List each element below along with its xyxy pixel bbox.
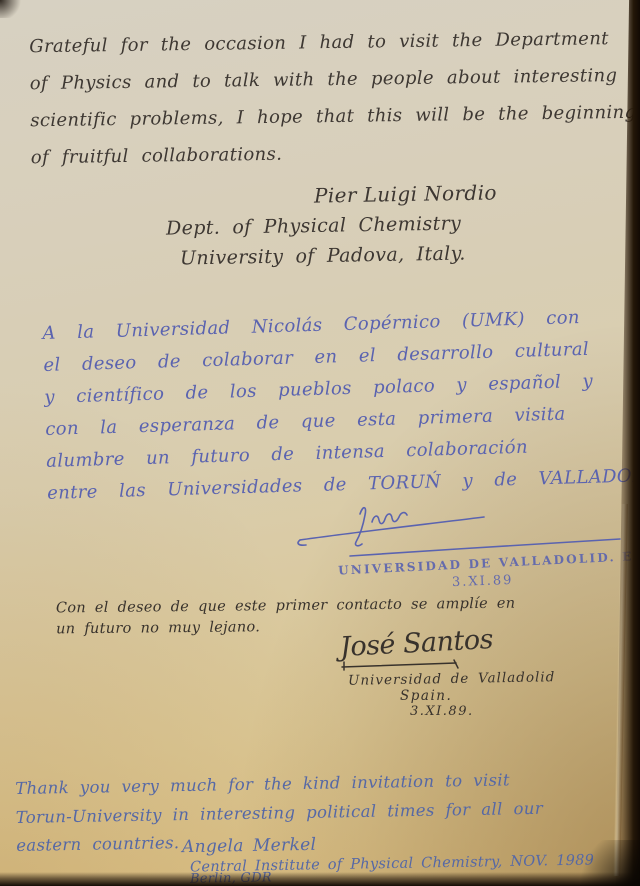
entry-valladolid2-date: 3.XI.89. [410,704,474,719]
signature-angela-merkel: Angela Merkel [182,835,317,857]
entry-valladolid-text: A la Universidad Nicolás Copérnico (UMK)… [42,300,640,510]
entry-padova-affiliation-university: University of Padova, Italy. [180,243,466,270]
entry-valladolid2-affiliation: Universidad de Valladolid [348,669,556,689]
entry-valladolid2-country: Spain. [400,688,452,704]
entry-padova-text: Grateful for the occasion I had to visit… [29,20,637,176]
entry-padova-line-4: of fruitful collaborations. [31,131,638,176]
entry-padova-affiliation-dept: Dept. of Physical Chemistry [166,212,462,239]
photo-corner-shadow-top-left [0,0,24,18]
signature-pier-luigi-nordio: Pier Luigi Nordio [314,180,497,207]
photo-corner-shadow-bottom-right [570,840,640,886]
guestbook-page-photo: Grateful for the occasion I had to visit… [0,0,640,886]
signature-underline [338,658,468,672]
entry-valladolid-date: 3.XI.89 [452,573,514,590]
book-bottom-edge-shadow [0,872,640,886]
